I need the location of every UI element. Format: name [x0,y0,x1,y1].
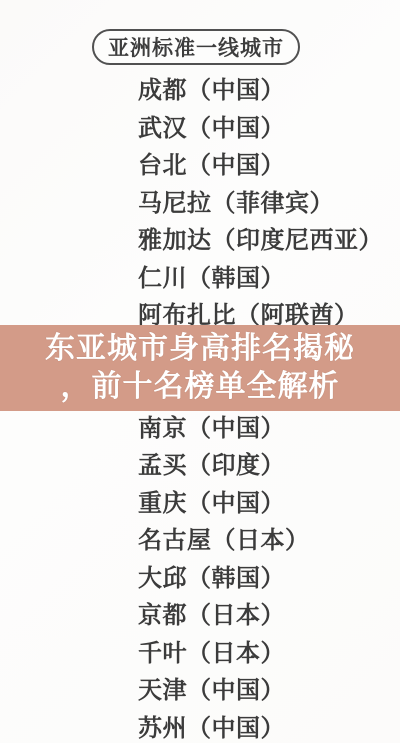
list-item: 雅加达（印度尼西亚） [0,219,400,257]
list-item: 千叶（日本） [0,632,400,670]
list-item: 成都（中国） [0,69,400,107]
list-item: 大邱（韩国） [0,557,400,595]
list-item: 京都（日本） [0,594,400,632]
caption-overlay: 东亚城市身高排名揭秘 ，前十名榜单全解析 [0,325,400,411]
list-title-label: 亚洲标准一线城市 [108,32,284,62]
list-item: 苏州（中国） [0,707,400,743]
list-item: 南京（中国） [0,407,400,445]
list-item: 天津（中国） [0,669,400,707]
list-item: 仁川（韩国） [0,257,400,295]
list-item: 台北（中国） [0,144,400,182]
list-item: 马尼拉（菲律宾） [0,182,400,220]
city-list-lower: 南京（中国） 孟买（印度） 重庆（中国） 名古屋（日本） 大邱（韩国） 京都（日… [0,407,400,743]
list-title-badge: 亚洲标准一线城市 [92,29,300,65]
caption-line-1: 东亚城市身高排名揭秘 [45,330,355,368]
list-item: 孟买（印度） [0,444,400,482]
caption-line-2: ，前十名榜单全解析 [61,368,340,406]
list-item: 重庆（中国） [0,482,400,520]
list-item: 武汉（中国） [0,107,400,145]
city-list-upper: 成都（中国） 武汉（中国） 台北（中国） 马尼拉（菲律宾） 雅加达（印度尼西亚）… [0,69,400,332]
list-item: 名古屋（日本） [0,519,400,557]
